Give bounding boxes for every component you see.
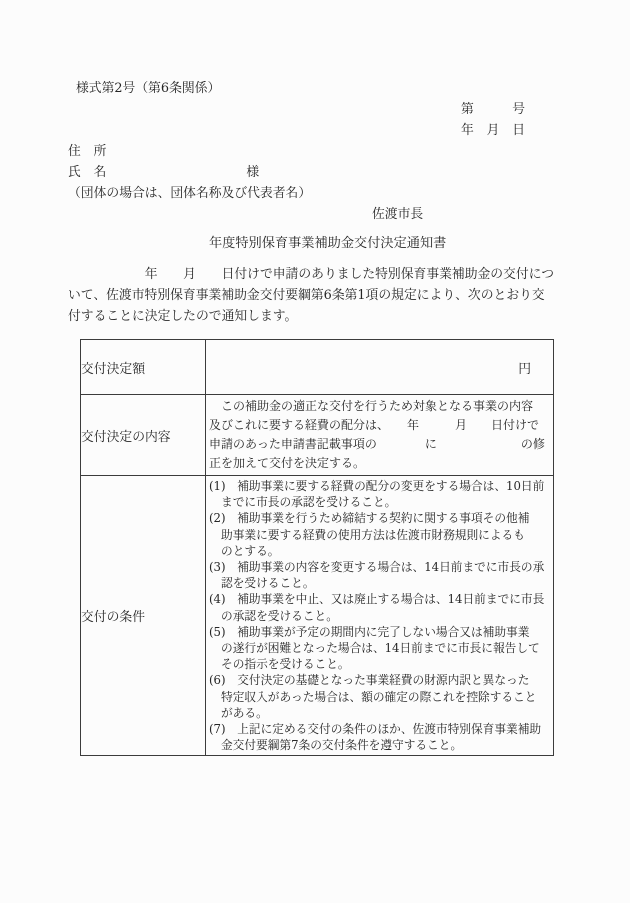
address-line: 住 所 (68, 141, 561, 162)
issue-date-line: 年 月 日 (68, 120, 561, 141)
condition-item-7: (7) 上記に定める交付の条件のほか、佐渡市特別保育事業補助 金交付要綱第7条の… (209, 721, 550, 753)
condition-item-6: (6) 交付決定の基礎となった事業経費の財源内訳と異なった 特定収入があった場合… (209, 672, 550, 721)
condition-item-1: (1) 補助事業に要する経費の配分の変更をする場合は、10日前 までに市長の承認… (209, 478, 550, 510)
honorific-label: 様 (246, 165, 259, 180)
grant-amount-cell: 円 (206, 340, 554, 395)
decision-content-text: この補助金の適正な交付を行うため対象となる事業の内容 及びこれに要する経費の配分… (206, 395, 553, 475)
table-row-conditions: 交付の条件 (1) 補助事業に要する経費の配分の変更をする場合は、10日前 まで… (81, 476, 554, 756)
doc-number-line: 第 号 (68, 99, 561, 120)
condition-item-5: (5) 補助事業が予定の期間内に完了しない場合又は補助事業 の遂行が困難となった… (209, 624, 550, 673)
condition-item-3: (3) 補助事業の内容を変更する場合は、14日前までに市長の承 認を受けること。 (209, 559, 550, 591)
name-line: 氏 名様 (68, 162, 561, 183)
organization-note: （団体の場合は、団体名称及び代表者名） (68, 183, 561, 204)
conditions-cell: (1) 補助事業に要する経費の配分の変更をする場合は、10日前 までに市長の承認… (206, 476, 554, 756)
grant-amount-label: 交付決定額 (81, 340, 206, 395)
grant-amount-value: 円 (206, 358, 553, 377)
address-label: 住 所 (68, 144, 106, 159)
conditions-list: (1) 補助事業に要する経費の配分の変更をする場合は、10日前 までに市長の承認… (206, 476, 553, 755)
decision-content-cell: この補助金の適正な交付を行うため対象となる事業の内容 及びこれに要する経費の配分… (206, 395, 554, 476)
recipient-name-label: 氏 名 (68, 165, 106, 180)
body-paragraph: 年 月 日付けで申請のありました特別保育事業補助金の交付につ いて、佐渡市特別保… (68, 264, 561, 327)
document-title: 年度特別保育事業補助金交付決定通知書 (68, 233, 561, 254)
conditions-label: 交付の条件 (81, 476, 206, 756)
decision-table: 交付決定額 円 交付決定の内容 この補助金の適正な交付を行うため対象となる事業の… (80, 339, 554, 756)
condition-item-4: (4) 補助事業を中止、又は廃止する場合は、14日前までに市長 の承認を受けるこ… (209, 591, 550, 623)
table-row-grant-amount: 交付決定額 円 (81, 340, 554, 395)
condition-item-2: (2) 補助事業を行うため締結する契約に関する事項その他補 助事業に要する経費の… (209, 510, 550, 559)
document-page: 様式第2号（第6条関係） 第 号 年 月 日 住 所 氏 名様 （団体の場合は、… (0, 0, 630, 903)
sender-title: 佐渡市長 (68, 204, 561, 225)
decision-content-label: 交付決定の内容 (81, 395, 206, 476)
form-label: 様式第2号（第6条関係） (68, 78, 561, 99)
table-row-decision-content: 交付決定の内容 この補助金の適正な交付を行うため対象となる事業の内容 及びこれに… (81, 395, 554, 476)
